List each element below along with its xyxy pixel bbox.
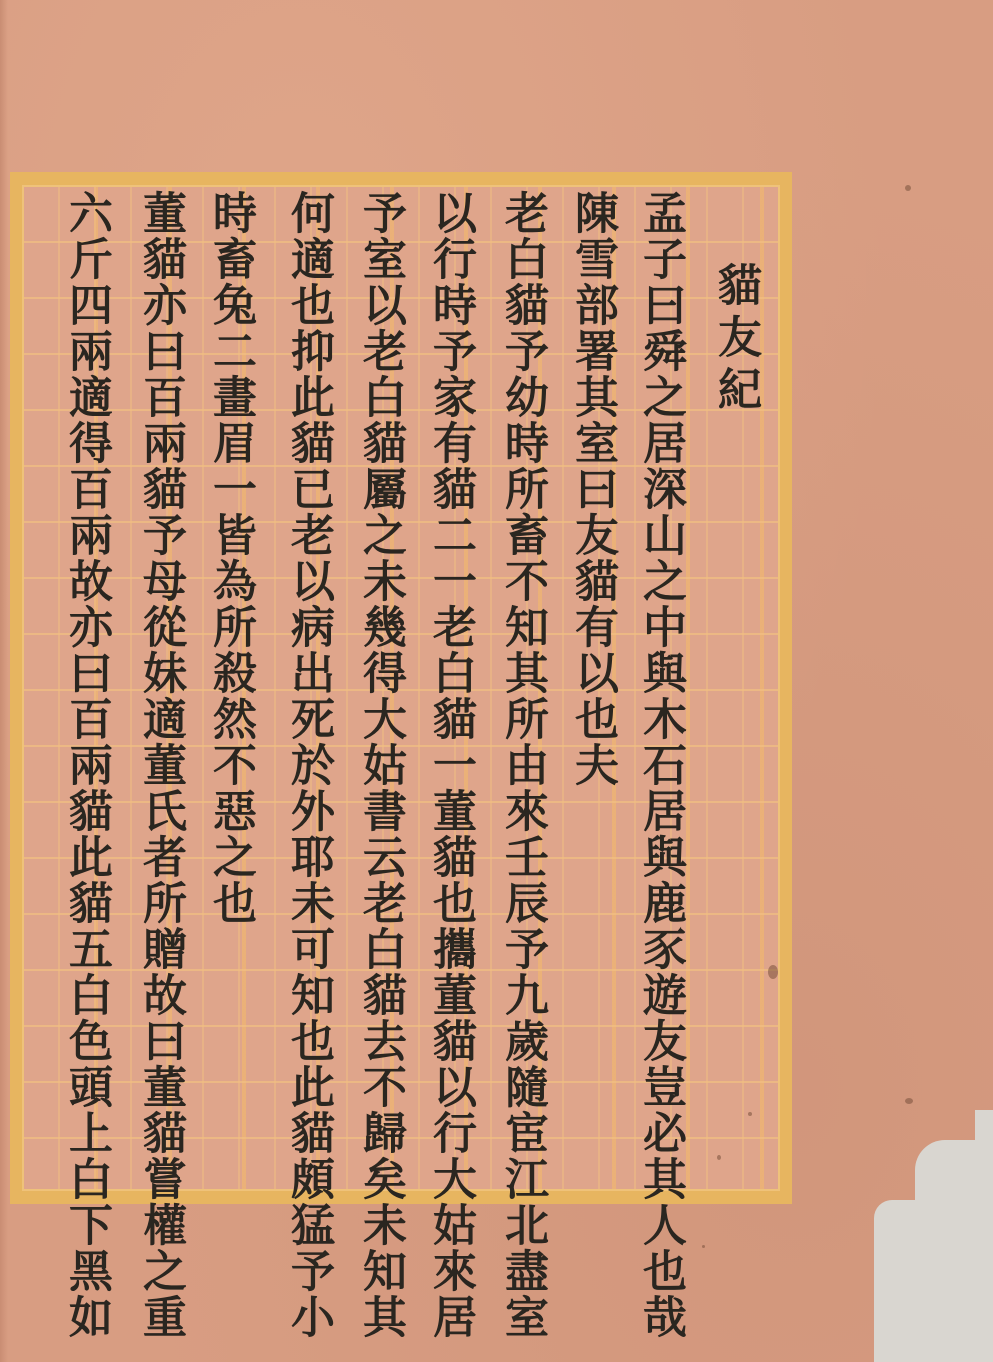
paper-speck bbox=[905, 1098, 913, 1104]
torn-corner-edge bbox=[975, 1110, 993, 1170]
paper-speck bbox=[905, 185, 911, 191]
paper-speck bbox=[748, 1112, 752, 1116]
text-column-5: 予室以老白貓屬之未幾得大姑書云老白貓去不歸矣未知其 bbox=[350, 190, 410, 1340]
paper-speck bbox=[768, 965, 778, 979]
document-title: 貓友紀 bbox=[705, 262, 765, 418]
torn-corner bbox=[874, 1200, 993, 1362]
manuscript-page: 貓友紀 孟子曰舜之居深山之中與木石居與鹿豕遊友豈必其人也哉 陳雪部署其室曰友貓有… bbox=[0, 0, 993, 1362]
paper-speck bbox=[717, 1155, 721, 1160]
text-column-3: 老白貓予幼時所畜不知其所由來壬辰予九歲隨宦江北盡室 bbox=[492, 190, 552, 1340]
page-edge-shadow bbox=[0, 0, 8, 1362]
text-column-4: 以行時予家有貓二一老白貓一董貓也攜董貓以行大姑來居 bbox=[420, 190, 480, 1340]
text-column-8: 董貓亦曰百兩貓予母從妹適董氏者所贈故曰董貓嘗權之重 bbox=[130, 190, 190, 1340]
text-column-9: 六斤四兩適得百兩故亦曰百兩貓此貓五白色頭上白下黑如 bbox=[56, 190, 116, 1340]
text-column-6: 何適也抑此貓已老以病出死於外耶未可知也此貓頗猛予小 bbox=[278, 190, 338, 1340]
text-column-1: 孟子曰舜之居深山之中與木石居與鹿豕遊友豈必其人也哉 bbox=[630, 190, 690, 1340]
paper-speck bbox=[702, 1245, 705, 1248]
text-column-7: 時畜兔二畫眉一皆為所殺然不惡之也 bbox=[200, 190, 260, 926]
text-column-2: 陳雪部署其室曰友貓有以也夫 bbox=[562, 190, 622, 788]
